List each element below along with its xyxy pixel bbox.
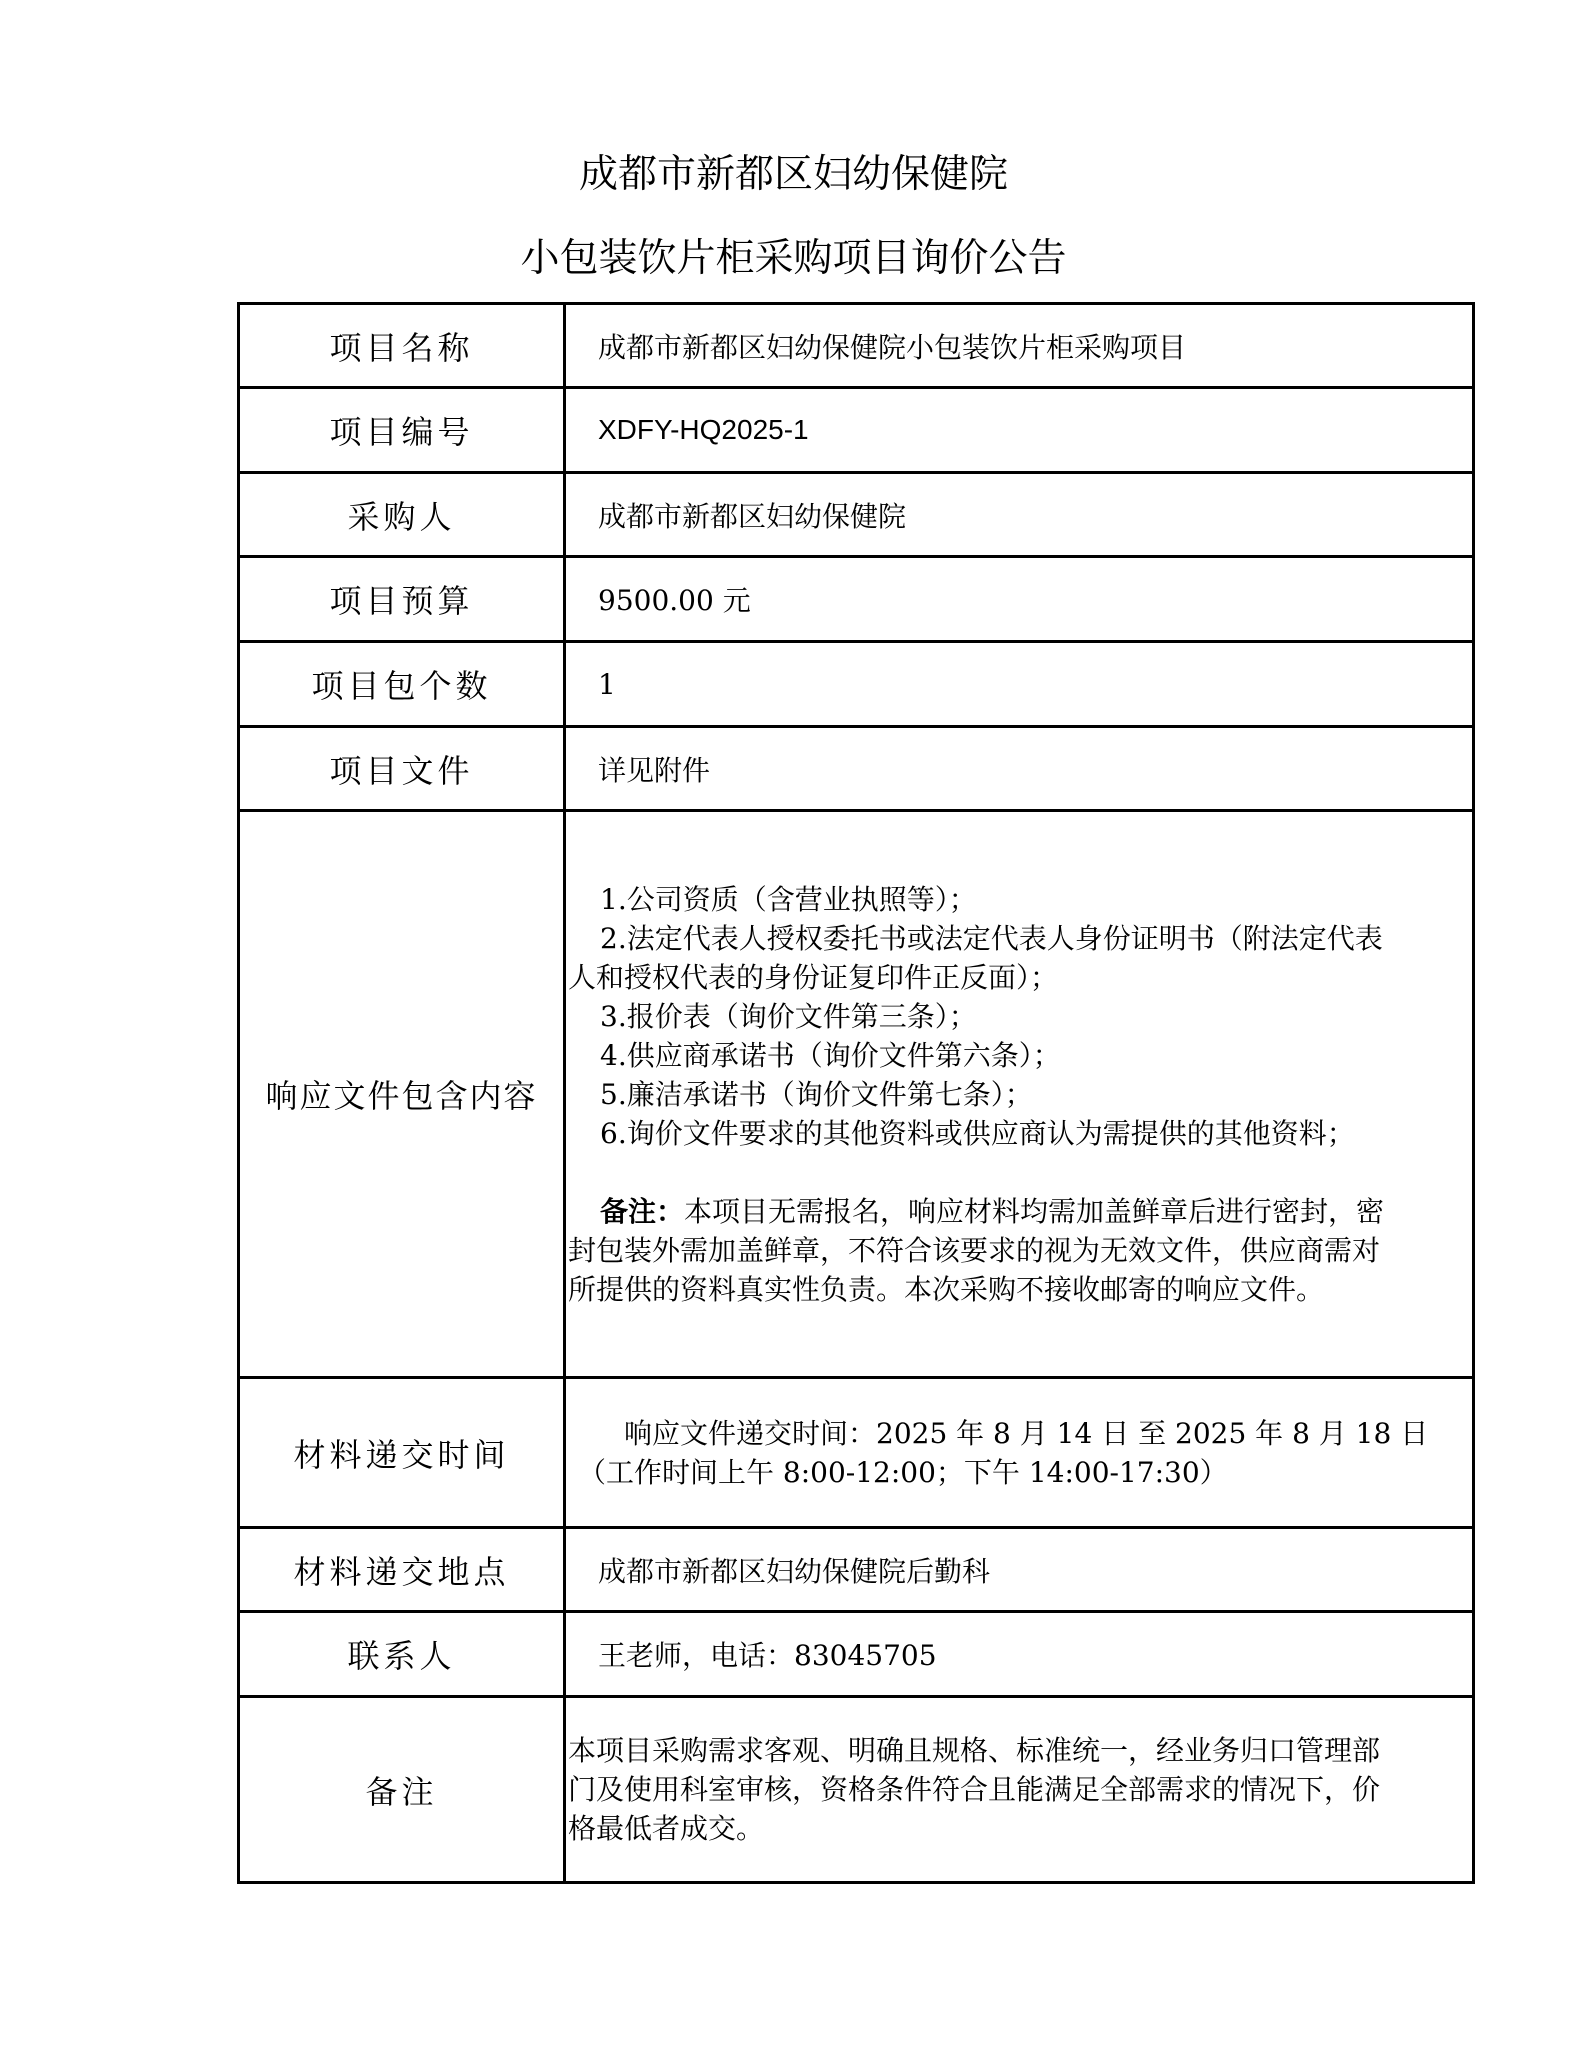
response-note-line2: 封包装外需加盖鲜章，不符合该要求的视为无效文件，供应商需对	[568, 1231, 1470, 1270]
row-project-files: 项目文件 详见附件	[239, 727, 1474, 811]
label-purchaser: 采购人	[239, 473, 565, 557]
value-submission-time: 响应文件递交时间：2025 年 8 月 14 日 至 2025 年 8 月 18…	[565, 1378, 1474, 1528]
row-submission-time: 材料递交时间 响应文件递交时间：2025 年 8 月 14 日 至 2025 年…	[239, 1378, 1474, 1528]
value-purchaser: 成都市新都区妇幼保健院	[565, 473, 1474, 557]
response-note-line1: 备注：本项目无需报名，响应材料均需加盖鲜章后进行密封，密	[568, 1192, 1470, 1231]
remarks-line2: 门及使用科室审核，资格条件符合且能满足全部需求的情况下，价	[568, 1770, 1470, 1809]
label-submission-time: 材料递交时间	[239, 1378, 565, 1528]
submission-time-line1: 响应文件递交时间：2025 年 8 月 14 日 至 2025 年 8 月 18…	[568, 1414, 1470, 1453]
row-purchaser: 采购人 成都市新都区妇幼保健院	[239, 473, 1474, 557]
submission-time-line2: （工作时间上午 8:00-12:00；下午 14:00-17:30）	[568, 1453, 1470, 1492]
announcement-table: 项目名称 成都市新都区妇幼保健院小包装饮片柜采购项目 项目编号 XDFY-HQ2…	[237, 302, 1475, 1884]
value-remarks: 本项目采购需求客观、明确且规格、标准统一，经业务归口管理部 门及使用科室审核，资…	[565, 1697, 1474, 1883]
response-note-line3: 所提供的资料真实性负责。本次采购不接收邮寄的响应文件。	[568, 1270, 1470, 1309]
value-project-number: XDFY-HQ2025-1	[565, 388, 1474, 473]
row-submission-place: 材料递交地点 成都市新都区妇幼保健院后勤科	[239, 1528, 1474, 1612]
label-project-name: 项目名称	[239, 304, 565, 388]
row-response-contents: 响应文件包含内容 1.公司资质（含营业执照等）； 2.法定代表人授权委托书或法定…	[239, 811, 1474, 1378]
response-note-label: 备注：	[600, 1195, 684, 1228]
response-item-5: 5.廉洁承诺书（询价文件第七条）；	[568, 1075, 1470, 1114]
value-package-count: 1	[565, 642, 1474, 727]
row-project-name: 项目名称 成都市新都区妇幼保健院小包装饮片柜采购项目	[239, 304, 1474, 388]
response-item-2-cont: 人和授权代表的身份证复印件正反面）；	[568, 958, 1470, 997]
value-project-files: 详见附件	[565, 727, 1474, 811]
document-title-line2: 小包装饮片柜采购项目询价公告	[0, 234, 1587, 284]
value-project-name: 成都市新都区妇幼保健院小包装饮片柜采购项目	[565, 304, 1474, 388]
label-project-files: 项目文件	[239, 727, 565, 811]
row-contact: 联系人 王老师，电话：83045705	[239, 1612, 1474, 1697]
label-remarks: 备注	[239, 1697, 565, 1883]
row-budget: 项目预算 9500.00 元	[239, 557, 1474, 642]
spacer	[568, 1153, 1470, 1192]
row-remarks: 备注 本项目采购需求客观、明确且规格、标准统一，经业务归口管理部 门及使用科室审…	[239, 1697, 1474, 1883]
label-package-count: 项目包个数	[239, 642, 565, 727]
label-response-contents: 响应文件包含内容	[239, 811, 565, 1378]
label-project-number: 项目编号	[239, 388, 565, 473]
response-item-2: 2.法定代表人授权委托书或法定代表人身份证明书（附法定代表	[568, 919, 1470, 958]
response-note-text1: 本项目无需报名，响应材料均需加盖鲜章后进行密封，密	[684, 1195, 1384, 1228]
document-title-line1: 成都市新都区妇幼保健院	[0, 150, 1587, 200]
label-budget: 项目预算	[239, 557, 565, 642]
response-item-3: 3.报价表（询价文件第三条）；	[568, 997, 1470, 1036]
remarks-line1: 本项目采购需求客观、明确且规格、标准统一，经业务归口管理部	[568, 1731, 1470, 1770]
value-contact: 王老师，电话：83045705	[565, 1612, 1474, 1697]
label-contact: 联系人	[239, 1612, 565, 1697]
response-item-6: 6.询价文件要求的其他资料或供应商认为需提供的其他资料；	[568, 1114, 1470, 1153]
value-budget: 9500.00 元	[565, 557, 1474, 642]
response-item-1: 1.公司资质（含营业执照等）；	[568, 880, 1470, 919]
response-item-4: 4.供应商承诺书（询价文件第六条）；	[568, 1036, 1470, 1075]
value-submission-place: 成都市新都区妇幼保健院后勤科	[565, 1528, 1474, 1612]
value-response-contents: 1.公司资质（含营业执照等）； 2.法定代表人授权委托书或法定代表人身份证明书（…	[565, 811, 1474, 1378]
row-package-count: 项目包个数 1	[239, 642, 1474, 727]
label-submission-place: 材料递交地点	[239, 1528, 565, 1612]
remarks-line3: 格最低者成交。	[568, 1809, 1470, 1848]
row-project-number: 项目编号 XDFY-HQ2025-1	[239, 388, 1474, 473]
